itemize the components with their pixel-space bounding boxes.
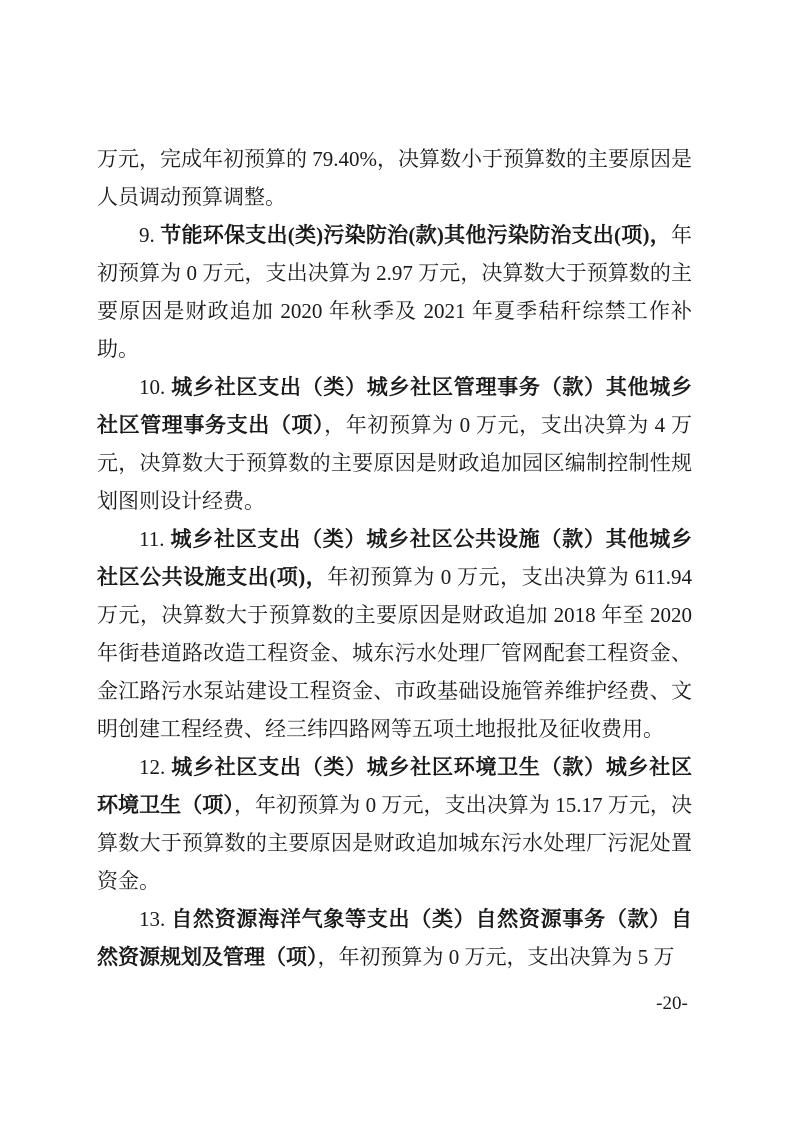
- paragraph: 10. 城乡社区支出（类）城乡社区管理事务（款）其他城乡社区管理事务支出（项），…: [97, 368, 692, 520]
- paragraph: 13. 自然资源海洋气象等支出（类）自然资源事务（款）自然资源规划及管理（项），…: [97, 900, 692, 976]
- paragraph: 9. 节能环保支出(类)污染防治(款)其他污染防治支出(项)，年初预算为 0 万…: [97, 216, 692, 368]
- paragraph: 12. 城乡社区支出（类）城乡社区环境卫生（款）城乡社区环境卫生（项），年初预算…: [97, 748, 692, 900]
- text-segment: 年初预算为 0 万元，支出决算为 611.94 万元，决算数大于预算数的主要原因…: [97, 565, 692, 741]
- document-page: 万元，完成年初预算的 79.40%，决算数小于预算数的主要原因是人员调动预算调整…: [0, 0, 793, 1122]
- text-segment: ，年初预算为 0 万元，支出决算为 5 万: [318, 945, 675, 969]
- text-segment: 13.: [139, 907, 171, 931]
- text-segment: 11.: [139, 527, 170, 551]
- budget-item-heading: 节能环保支出(类)污染防治(款)其他污染防治支出(项)，: [160, 223, 671, 247]
- text-segment: 万元，完成年初预算的 79.40%，决算数小于预算数的主要原因是人员调动预算调整…: [97, 147, 692, 209]
- text-segment: 10.: [139, 375, 171, 399]
- page-number: -20-: [648, 991, 696, 1017]
- paragraph: 11. 城乡社区支出（类）城乡社区公共设施（款）其他城乡社区公共设施支出(项)，…: [97, 520, 692, 748]
- paragraph: 万元，完成年初预算的 79.40%，决算数小于预算数的主要原因是人员调动预算调整…: [97, 140, 692, 216]
- text-segment: 9.: [139, 223, 160, 247]
- document-body: 万元，完成年初预算的 79.40%，决算数小于预算数的主要原因是人员调动预算调整…: [97, 140, 692, 976]
- text-segment: 12.: [139, 755, 171, 779]
